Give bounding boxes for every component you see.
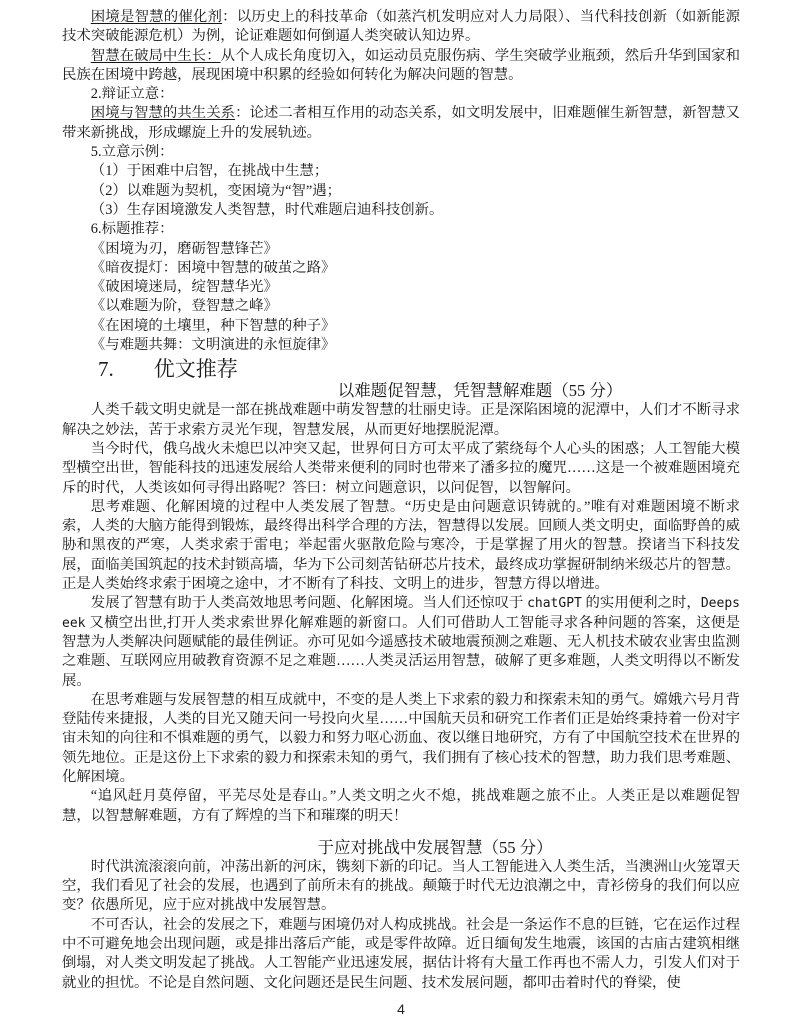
essay2-title: 于应对挑战中发展智慧（55 分） [130, 838, 740, 858]
essay1-paragraph-4: 发展了智慧有助于人类高效地思考问题、化解困境。当人们还惊叹于 chatGPT 的… [62, 594, 740, 690]
essay1-paragraph-2: 当今时代，俄乌战火未熄巴以冲突又起，世界何日方可太平成了萦绕每个人心头的困惑；人… [62, 440, 740, 498]
essay1-paragraph-3: 思考难题、化解困境的过程中人类发展了智慧。“历史是由问题意识铸就的。”唯有对难题… [62, 498, 740, 594]
essay1-paragraph-1: 人类千载文明史就是一部在挑战难题中萌发智慧的壮丽史诗。正是深陷困境的泥潭中，人们… [62, 401, 740, 440]
analysis-point-catalyst: 困境是智慧的催化剂：以历史上的科技革命（如蒸汽机发明应对人力局限）、当代科技创新… [62, 8, 740, 47]
intent-example-3: （3）生存困境激发人类智慧，时代难题启迪科技创新。 [62, 201, 740, 220]
essay1-title: 以难题促智慧，凭智慧解难题（55 分） [220, 381, 740, 401]
latin-term-chatgpt: chatGPT [527, 596, 582, 611]
analysis-point-symbiosis: 困境与智慧的共生关系：论述二者相互作用的动态关系，如文明发展中，旧难题催生新智慧… [62, 104, 740, 143]
essay2-paragraph-1: 时代洪流滚滚向前，冲荡出新的河床，镌刻下新的印记。当人工智能进入人类生活，当澳洲… [62, 858, 740, 916]
recommended-title-4: 《以难题为阶，登智慧之峰》 [62, 297, 740, 316]
section-6-label: 6.标题推荐： [62, 220, 740, 239]
essay1-paragraph-5: 在思考难题与发展智慧的相互成就中，不变的是人类上下求索的毅力和探索未知的勇气。嫦… [62, 691, 740, 787]
recommended-title-1: 《困境为刃，磨砺智慧锋芒》 [62, 240, 740, 259]
recommended-title-5: 《在困境的土壤里，种下智慧的种子》 [62, 317, 740, 336]
intent-example-2: （2）以难题为契机，变困境为“智”遇； [62, 182, 740, 201]
recommended-title-2: 《暗夜提灯：困境中智慧的破茧之路》 [62, 259, 740, 278]
section-2-label: 2.辩证立意： [62, 85, 740, 104]
paragraph-text: 又横空出世,打开人类求索世界化解难题的新窗口。人们可借助人工智能寻求各种问题的答… [62, 615, 740, 689]
page-number: 4 [62, 1001, 740, 1017]
section-7-title: 优文推荐 [154, 357, 238, 381]
document-page: 困境是智慧的催化剂：以历史上的科技革命（如蒸汽机发明应对人力局限）、当代科技创新… [0, 0, 800, 1035]
section-7-number: 7. [98, 357, 114, 381]
underlined-lead: 困境与智慧的共生关系 [91, 105, 235, 121]
paragraph-text: 的实用便利之时， [582, 595, 701, 611]
underlined-lead: 困境是智慧的催化剂 [91, 9, 222, 25]
underlined-lead: 智慧在破局中生长： [91, 48, 221, 64]
intent-example-1: （1）于困难中启智，在挑战中生慧； [62, 162, 740, 181]
essay1-paragraph-6: “追风赶月莫停留，平芜尽处是春山。”人类文明之火不熄，挑战难题之旅不止。人类正是… [62, 787, 740, 826]
essay2-paragraph-2: 不可否认，社会的发展之下，难题与困境仍对人构成挑战。社会是一条运作不息的巨链，它… [62, 916, 740, 993]
section-5-label: 5.立意示例： [62, 143, 740, 162]
recommended-title-3: 《破困境迷局，绽智慧华光》 [62, 278, 740, 297]
analysis-point-growth: 智慧在破局中生长：从个人成长角度切入，如运动员克服伤病、学生突破学业瓶颈，然后升… [62, 47, 740, 86]
recommended-title-6: 《与难题共舞：文明演进的永恒旋律》 [62, 336, 740, 355]
section-7-heading: 7.优文推荐 [62, 357, 740, 381]
paragraph-text: 发展了智慧有助于人类高效地思考问题、化解困境。当人们还惊叹于 [91, 595, 527, 611]
